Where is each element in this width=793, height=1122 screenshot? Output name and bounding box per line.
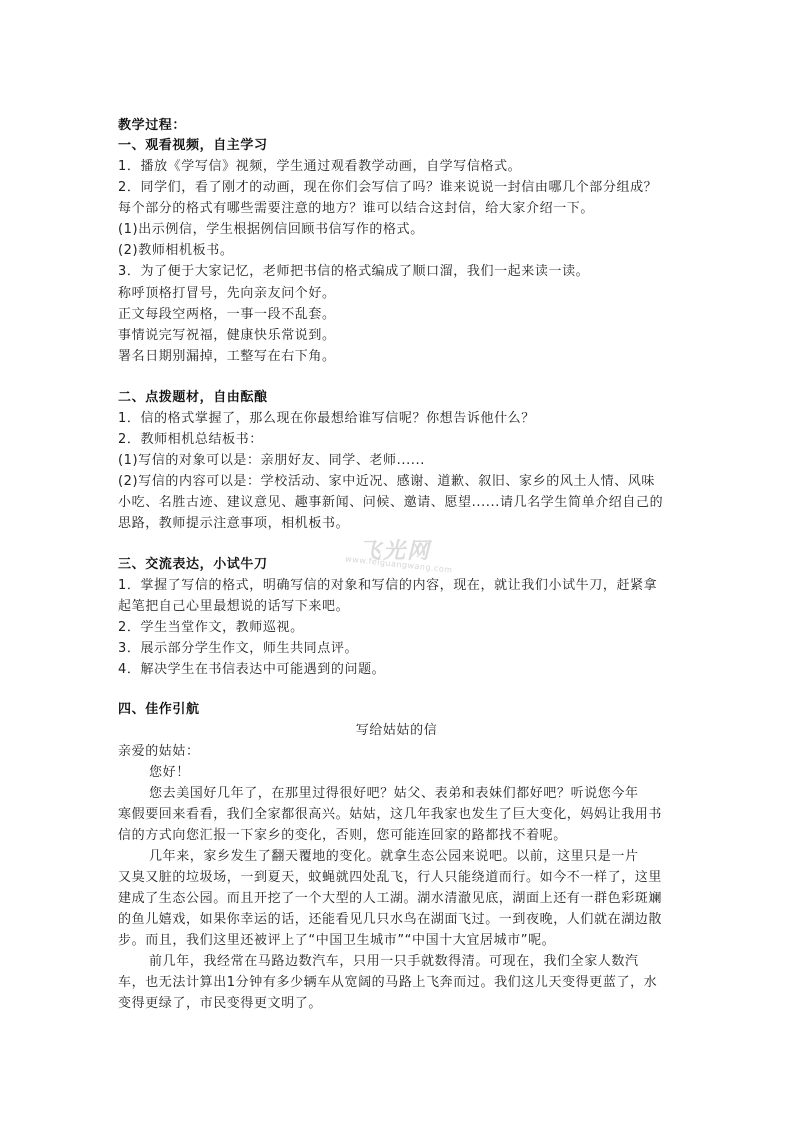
rhyme-line: 署名日期别漏掉，工整写在右下角。: [118, 348, 336, 366]
letter-paragraph-line: 车，也无法计算出1分钟有多少辆车从宽阔的马路上飞奔而过。我们这儿天变得更蓝了，水: [118, 974, 657, 992]
section-1-line: 1．播放《学写信》视频，学生通过观看教学动画，自学写信格式。: [118, 158, 521, 176]
document-heading: 教学过程：: [118, 117, 186, 135]
letter-paragraph-line: 前几年，我经常在马路边数汽车，只用一只手就数得清。可现在，我们全家人数汽: [149, 953, 639, 971]
letter-title: 写给姑姑的信: [0, 722, 793, 740]
letter-paragraph-line: 又臭又脏的垃圾场，一到夏天，蚊蝇就四处乱飞，行人只能绕道而行。如今不一样了，这里: [118, 869, 662, 887]
section-3-line: 2．学生当堂作文，教师巡视。: [118, 619, 304, 637]
rhyme-line: 正文每段空两格，一事一段不乱套。: [118, 306, 336, 324]
letter-paragraph-line: 变得更绿了，市民变得更文明了。: [118, 995, 322, 1013]
section-1-title: 一、观看视频，自主学习: [118, 137, 268, 155]
letter-paragraph-line: 建成了生态公园。而且开挖了一个大型的人工湖。湖水清澈见底，湖面上还有一群色彩斑斓: [118, 890, 662, 908]
letter-paragraph-line: 步。而且，我们这里还被评上了“中国卫生城市”“中国十大宜居城市”呢。: [118, 932, 555, 950]
letter-paragraph-line: 您去美国好几年了，在那里过得很好吧？姑父、表弟和表妹们都好吧？听说您今年: [149, 785, 639, 803]
section-2-line: 1．信的格式掌握了，那么现在你最想给谁写信呢？你想告诉他什么？: [118, 410, 535, 428]
section-3-title: 三、交流表达，小试牛刀: [118, 556, 268, 574]
rhyme-line: 称呼顶格打冒号，先向亲友问个好。: [118, 285, 336, 303]
section-3-line: 3．展示部分学生作文，师生共同点评。: [118, 640, 358, 658]
letter-paragraph-line: 几年来，家乡发生了翻天覆地的变化。就拿生态公园来说吧。以前，这里只是一片: [149, 848, 639, 866]
section-2-line: (1)写信的对象可以是：亲朋好友、同学、老师......: [118, 452, 425, 470]
section-2-line: 思路，教师提示注意事项，相机板书。: [118, 515, 349, 533]
letter-paragraph-line: 寒假要回来看看，我们全家都很高兴。姑姑，这几年我家也发生了巨大变化，妈妈让我用书: [118, 806, 662, 824]
section-1-line: (2)教师相机板书。: [118, 242, 233, 260]
letter-salutation: 亲爱的姑姑：: [118, 743, 200, 761]
section-1-line: (1)出示例信，学生根据例信回顾书信写作的格式。: [118, 221, 424, 239]
watermark-url-text: www.feiguangwang.com: [345, 554, 453, 574]
document-page: 教学过程： 一、观看视频，自主学习 1．播放《学写信》视频，学生通过观看教学动画…: [0, 0, 793, 1122]
section-1-line: 3．为了便于大家记忆，老师把书信的格式编成了顺口溜，我们一起来读一读。: [118, 263, 589, 281]
section-3-line: 起笔把自己心里最想说的话写下来吧。: [118, 598, 349, 616]
section-4-title: 四、佳作引航: [118, 701, 200, 719]
letter-paragraph-line: 信的方式向您汇报一下家乡的变化，否则，您可能连回家的路都找不着呢。: [118, 827, 567, 845]
letter-greeting: 您好！: [149, 764, 190, 782]
watermark-main-text: 飞光网: [359, 534, 431, 565]
section-1-line: 每个部分的格式有哪些需要注意的地方？谁可以结合这封信，给大家介绍一下。: [118, 200, 594, 218]
section-3-line: 4．解决学生在书信表达中可能遇到的问题。: [118, 661, 385, 679]
section-1-line: 2．同学们，看了刚才的动画，现在你们会写信了吗？谁来说说一封信由哪几个部分组成？: [118, 179, 657, 197]
section-2-line: 2．教师相机总结板书：: [118, 431, 263, 449]
section-2-line: 小吃、名胜古迹、建议意见、趣事新闻、问候、邀请、愿望......请几名学生简单介…: [118, 494, 663, 512]
section-2-title: 二、点拨题材，自由酝酿: [118, 389, 268, 407]
rhyme-line: 事情说完写祝福，健康快乐常说到。: [118, 327, 336, 345]
section-2-line: (2)写信的内容可以是：学校活动、家中近况、感谢、道歉、叙旧、家乡的风土人情、风…: [118, 473, 655, 491]
letter-paragraph-line: 的鱼儿嬉戏，如果你幸运的话，还能看见几只水鸟在湖面飞过。一到夜晚，人们就在湖边散: [118, 911, 662, 929]
section-3-line: 1．掌握了写信的格式，明确写信的对象和写信的内容，现在，就让我们小试牛刀，赶紧拿: [118, 577, 657, 595]
